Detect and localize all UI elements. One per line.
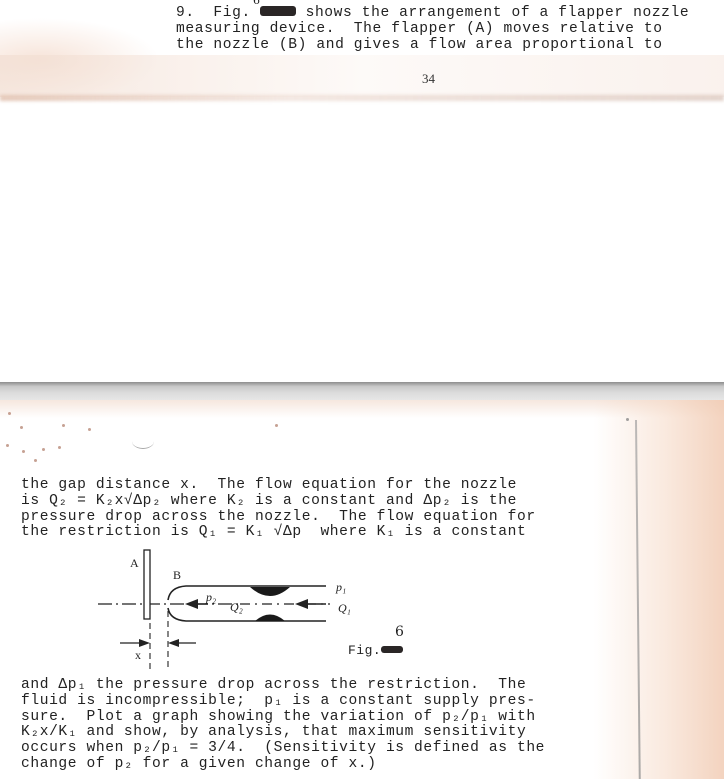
paper-speck	[626, 418, 629, 421]
page-shading	[0, 55, 724, 97]
flapper-label: A	[130, 556, 139, 570]
paragraph-2-line-2: fluid is incompressible; p₁ is a constan…	[21, 693, 536, 709]
restriction-upper	[250, 587, 290, 596]
paper-speck	[62, 424, 65, 427]
problem-number-line-start: 9. Fig.	[176, 5, 260, 21]
crossed-out-figure-number	[260, 6, 296, 16]
page-number: 34	[422, 71, 435, 87]
paragraph-2-line-1: and Δp₁ the pressure drop across the res…	[21, 677, 526, 693]
paper-speck	[88, 428, 91, 431]
paper-speck	[8, 412, 11, 415]
paragraph-1-line-1: the gap distance x. The flow equation fo…	[21, 477, 517, 493]
page-divider-bar	[0, 382, 724, 400]
figure-caption: Fig.	[348, 643, 403, 658]
paper-speck	[6, 444, 9, 447]
handwritten-figure-number: 6	[395, 624, 404, 640]
crossed-out-figure-number	[381, 646, 403, 653]
paragraph-2-line-4: K₂x/K₁ and show, by analysis, that maxim…	[21, 724, 526, 740]
paper-speck	[275, 424, 278, 427]
p2-arrow-head	[185, 599, 198, 609]
top-page-fragment: 9. Fig. shows the arrangement of a flapp…	[0, 0, 724, 382]
problem-intro-text: 9. Fig. shows the arrangement of a flapp…	[176, 6, 689, 53]
figure-caption-text: Fig.	[348, 643, 381, 658]
q1-label: Q₁	[338, 601, 351, 615]
gap-arrow-right-head	[168, 639, 179, 647]
p1-label: p₁	[335, 580, 346, 594]
problem-conclusion-text: and Δp₁ the pressure drop across the res…	[21, 678, 545, 773]
paper-speck	[58, 446, 61, 449]
nozzle-label: B	[173, 568, 181, 582]
problem-continuation-text: the gap distance x. The flow equation fo…	[21, 478, 536, 541]
problem-line-3: the nozzle (B) and gives a flow area pro…	[176, 37, 663, 53]
paper-speck	[22, 450, 25, 453]
nozzle-upper-wall	[168, 586, 326, 600]
paper-speck	[34, 459, 37, 462]
paper-speck	[20, 426, 23, 429]
flapper-plate	[144, 550, 150, 619]
q1-arrow-head	[295, 599, 308, 609]
restriction-lower	[255, 615, 285, 622]
paragraph-1-line-2: is Q₂ = K₂x√Δp₂ where K₂ is a constant a…	[21, 493, 517, 509]
gap-arrow-left-head	[139, 639, 150, 647]
paper-curl-mark	[132, 434, 154, 449]
paragraph-2-line-5: occurs when p₂/p₁ = 3/4. (Sensitivity is…	[21, 740, 545, 756]
problem-line-2: measuring device. The flapper (A) moves …	[176, 21, 663, 37]
problem-line-1-end: shows the arrangement of a flapper nozzl…	[296, 5, 689, 21]
paragraph-2-line-6: change of p₂ for a given change of x.)	[21, 756, 377, 772]
paragraph-1-line-3: pressure drop across the nozzle. The flo…	[21, 509, 536, 525]
q2-label: Q₂	[230, 600, 243, 614]
nozzle-lower-wall	[168, 608, 326, 621]
p2-label: p₂	[205, 590, 216, 604]
page-bottom-edge	[0, 95, 724, 101]
paragraph-1-line-4: the restriction is Q₁ = K₁ √Δp where K₁ …	[21, 524, 526, 540]
paragraph-2-line-3: sure. Plot a graph showing the variation…	[21, 709, 536, 725]
gap-label: x	[135, 648, 141, 662]
paper-speck	[42, 448, 45, 451]
handwritten-figure-number: 6	[253, 0, 260, 7]
